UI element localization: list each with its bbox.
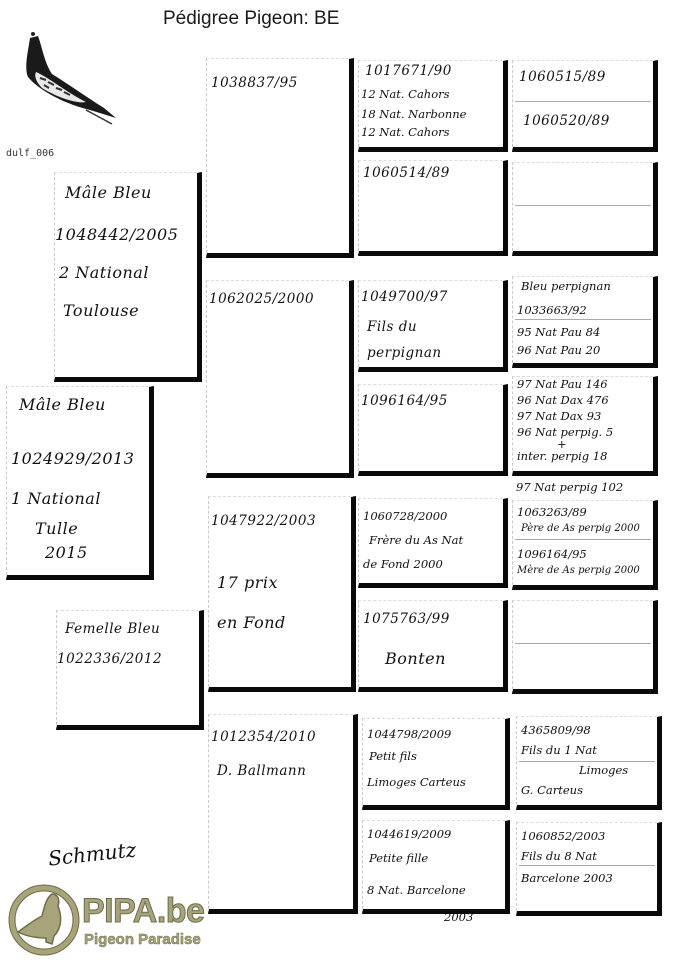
gen4-4-line-1: 97 Nat Pau 146 [517, 377, 608, 391]
dam-sire-ring: 1047922/2003 [211, 513, 316, 529]
sire-sire-ring: 1038837/95 [211, 75, 298, 91]
gen3-box-8: 1044619/2009 Petite fille 8 Nat. Barcelo… [362, 820, 510, 914]
dam-box: Femelle Bleu 1022336/2012 [56, 610, 204, 730]
gen4-8-line-1: 1060852/2003 [521, 829, 605, 843]
gen3-7-ring: 1044798/2009 [367, 727, 451, 741]
gen4-box-3: Bleu perpignan 1033663/92 95 Nat Pau 84 … [512, 276, 658, 368]
gen3-box-4: 1096164/95 [358, 384, 508, 476]
gen3-box-7: 1044798/2009 Petit fils Limoges Carteus [362, 718, 510, 810]
gen3-5-line-2: de Fond 2000 [363, 557, 443, 571]
logo-name: PIPA.be [82, 892, 204, 931]
gen4-box-4: 97 Nat Pau 146 96 Nat Dax 476 97 Nat Dax… [512, 376, 658, 476]
gen3-6-line-1: Bonten [385, 649, 446, 668]
page-title: Pédigree Pigeon: BE [163, 8, 339, 30]
gen4-4-line-2: 96 Nat Dax 476 [517, 393, 609, 407]
divider [519, 865, 655, 866]
gen4-box-1: 1060515/89 1060520/89 [512, 60, 658, 152]
gen3-5-line-1: Frère du As Nat [369, 533, 463, 547]
gen4-box-8: 1060852/2003 Fils du 8 Nat Barcelone 200… [516, 822, 662, 916]
divider [515, 205, 651, 206]
photo-code: dulf_006 [6, 148, 54, 159]
gen4-5-line-3: 1096164/95 [517, 547, 587, 561]
subject-result-2: Tulle [35, 519, 78, 538]
gen4-4-line-3: 97 Nat Dax 93 [517, 409, 601, 423]
gen3-4-ring: 1096164/95 [361, 393, 448, 409]
dam-sire-note-1: 17 prix [217, 573, 278, 592]
gen4-3-line-4: 96 Nat Pau 20 [517, 343, 600, 357]
dam-sire-box: 1047922/2003 17 prix en Fond [208, 496, 356, 692]
gen4-5-line-1: 1063263/89 [517, 505, 587, 519]
gen3-7-line-2: Limoges Carteus [367, 775, 466, 789]
gen4-5-line-4: Mère de As perpig 2000 [517, 565, 640, 576]
gen4-7-line-4: G. Carteus [521, 783, 583, 797]
gen3-5-ring: 1060728/2000 [363, 509, 447, 523]
gen3-3-line-2: perpignan [367, 345, 442, 361]
gen3-7-line-1: Petit fils [369, 749, 417, 763]
gen4-3-line-2: 1033663/92 [517, 303, 587, 317]
gen3-box-3: 1049700/97 Fils du perpignan [358, 280, 508, 372]
gen3-8-line-3: 2003 [444, 910, 473, 924]
logo-tagline: Pigeon Paradise [84, 931, 201, 948]
sire-dam-box: 1062025/2000 [206, 280, 354, 478]
gen3-1-line-2: 18 Nat. Narbonne [361, 107, 466, 121]
divider [519, 761, 655, 762]
sire-dam-ring: 1062025/2000 [209, 291, 314, 307]
sire-result-2: Toulouse [63, 301, 139, 320]
sire-result-1: 2 National [59, 263, 149, 282]
gen3-8-line-1: Petite fille [369, 851, 428, 865]
dam-dam-note-1: D. Ballmann [217, 763, 306, 779]
pigeon-photo [8, 22, 120, 127]
dam-dam-ring: 1012354/2010 [211, 729, 316, 745]
gen4-4-line-7: 97 Nat perpig 102 [516, 480, 623, 494]
gen4-3-line-1: Bleu perpignan [521, 279, 611, 293]
divider [515, 539, 651, 540]
divider [515, 101, 651, 102]
gen4-1-bottom: 1060520/89 [523, 113, 610, 129]
dam-dam-box: 1012354/2010 D. Ballmann [208, 714, 358, 914]
divider [515, 319, 651, 320]
subject-result-1: 1 National [11, 489, 101, 508]
gen3-2-ring: 1060514/89 [363, 165, 450, 181]
sire-box: Mâle Bleu 1048442/2005 2 National Toulou… [54, 172, 202, 382]
subject-ring: 1024929/2013 [11, 449, 134, 468]
gen4-box-6 [512, 600, 658, 694]
gen4-8-line-2: Fils du 8 Nat [521, 849, 597, 863]
gen3-1-line-3: 12 Nat. Cahors [361, 125, 450, 139]
gen4-box-7: 4365809/98 Fils du 1 Nat Limoges G. Cart… [516, 716, 662, 810]
sire-ring: 1048442/2005 [55, 225, 178, 244]
gen4-8-line-3: Barcelone 2003 [521, 871, 613, 885]
gen3-8-line-2: 8 Nat. Barcelone [367, 883, 466, 897]
gen3-6-ring: 1075763/99 [363, 611, 450, 627]
gen3-3-ring: 1049700/97 [361, 289, 448, 305]
gen3-box-2: 1060514/89 [358, 160, 508, 256]
gen3-3-line-1: Fils du [367, 319, 417, 335]
subject-box: Mâle Bleu 1024929/2013 1 National Tulle … [6, 386, 154, 580]
sire-sire-box: 1038837/95 [206, 58, 354, 258]
gen3-box-5: 1060728/2000 Frère du As Nat de Fond 200… [358, 498, 508, 588]
sire-color: Mâle Bleu [65, 183, 152, 202]
gen3-box-6: 1075763/99 Bonten [358, 600, 508, 692]
gen3-1-ring: 1017671/90 [365, 63, 452, 79]
dam-color: Femelle Bleu [65, 621, 160, 637]
subject-result-3: 2015 [45, 543, 88, 562]
gen4-5-line-2: Père de As perpig 2000 [521, 523, 640, 534]
gen4-7-line-3: Limoges [579, 763, 628, 777]
gen3-1-line-1: 12 Nat. Cahors [361, 87, 450, 101]
gen4-box-5: 1063263/89 Père de As perpig 2000 109616… [512, 500, 658, 590]
gen3-8-ring: 1044619/2009 [367, 827, 451, 841]
gen4-1-top: 1060515/89 [519, 69, 606, 85]
gen4-box-2 [512, 162, 658, 256]
dam-ring: 1022336/2012 [57, 651, 162, 667]
signature: Schmutz [47, 837, 137, 870]
subject-color: Mâle Bleu [19, 395, 106, 414]
gen4-7-line-1: 4365809/98 [521, 723, 591, 737]
gen3-box-1: 1017671/90 12 Nat. Cahors 18 Nat. Narbon… [358, 60, 508, 152]
divider [515, 643, 651, 644]
dam-sire-note-2: en Fond [217, 613, 286, 632]
gen4-4-line-6: inter. perpig 18 [517, 449, 607, 463]
gen4-7-line-2: Fils du 1 Nat [521, 743, 597, 757]
gen4-3-line-3: 95 Nat Pau 84 [517, 325, 600, 339]
